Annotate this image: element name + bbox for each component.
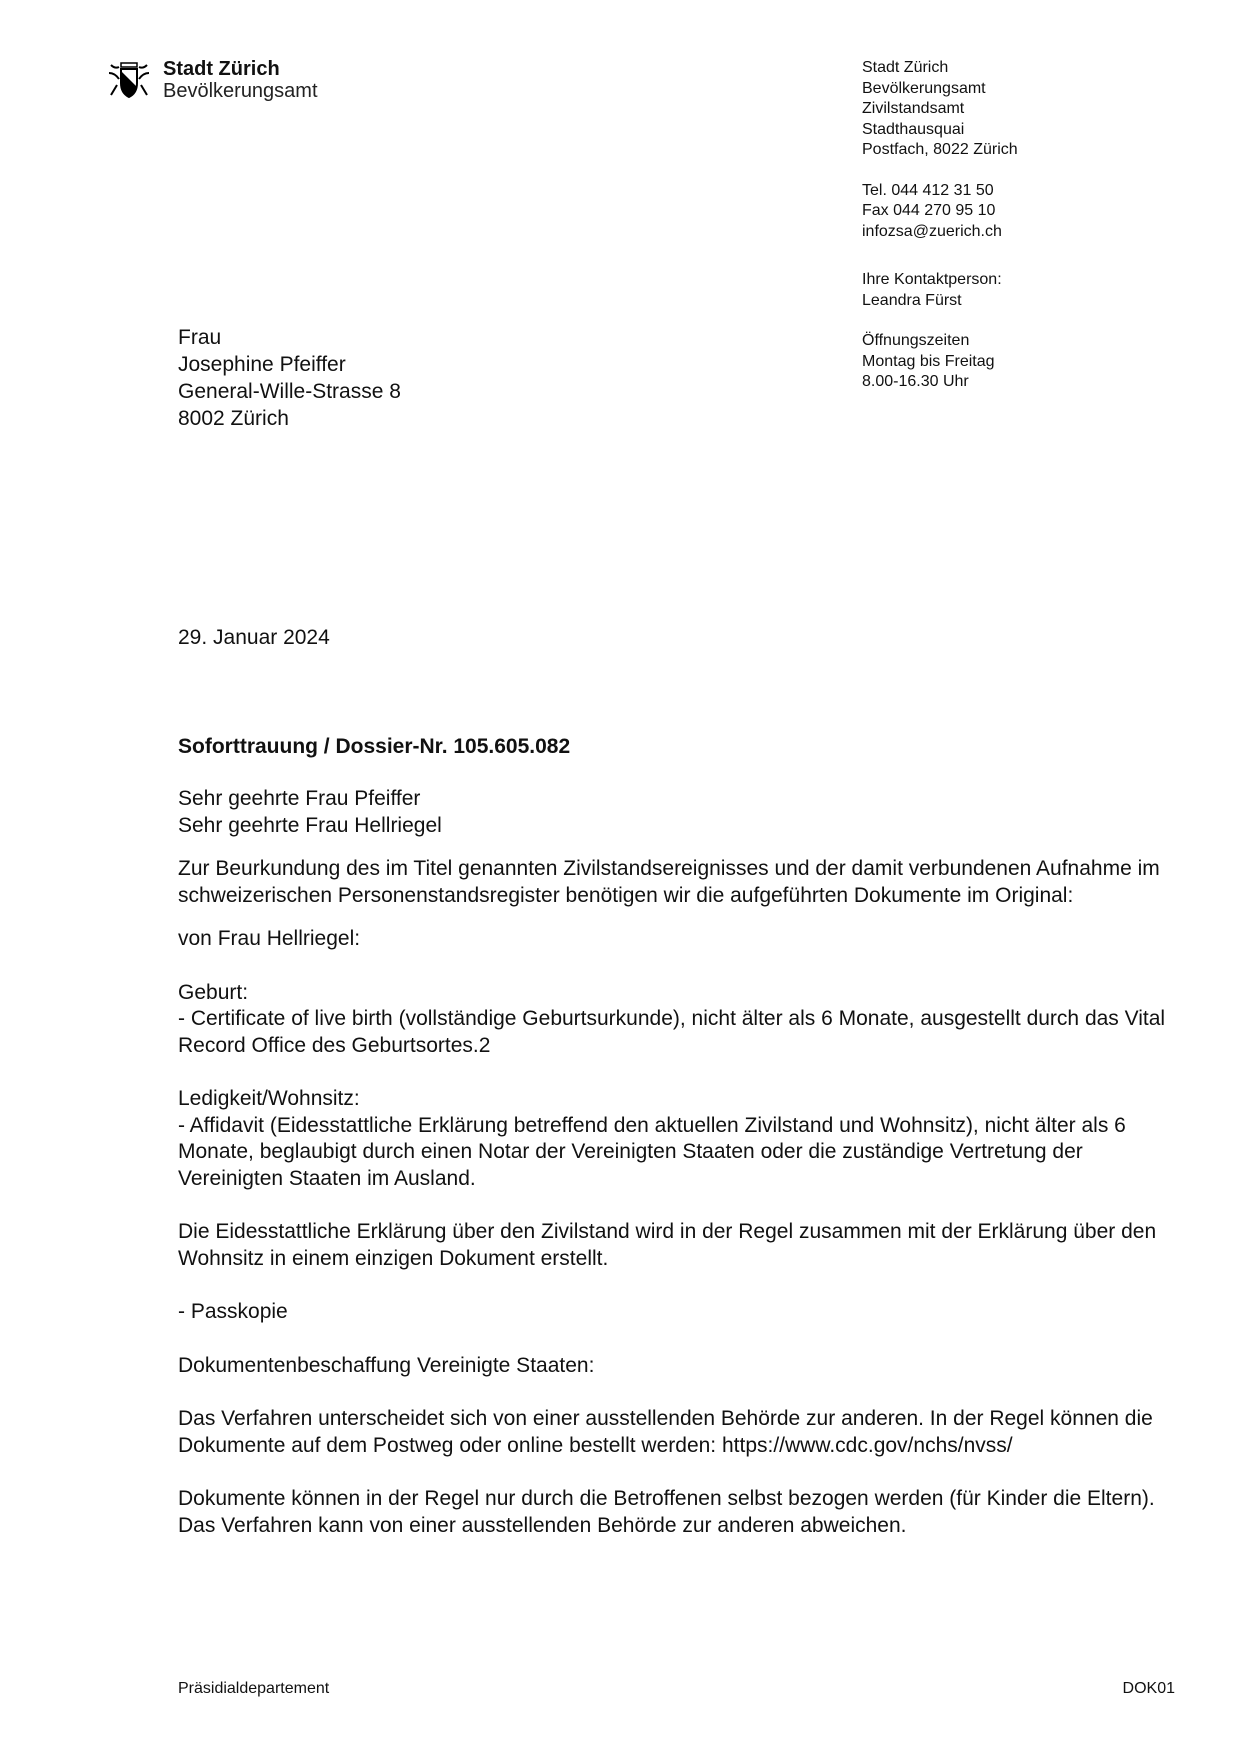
paragraph: Dokumentenbeschaffung Vereinigte Staaten… — [178, 1353, 1178, 1380]
paragraph: - Passkopie — [178, 1299, 1178, 1326]
letter-date: 29. Januar 2024 — [178, 624, 330, 651]
contact-person: Ihre Kontaktperson: Leandra Fürst — [862, 270, 1018, 311]
salutation: Sehr geehrte Frau Pfeiffer Sehr geehrte … — [178, 786, 1178, 839]
paragraph: Das Verfahren unterscheidet sich von ein… — [178, 1406, 1178, 1459]
logo: Stadt Zürich Bevölkerungsamt — [107, 58, 318, 102]
zurich-crest-icon — [107, 59, 151, 101]
letter-subject: Soforttrauung / Dossier-Nr. 105.605.082 — [178, 733, 570, 760]
paragraph: Zur Beurkundung des im Titel genannten Z… — [178, 856, 1178, 909]
sender-contact: Tel. 044 412 31 50 Fax 044 270 95 10 inf… — [862, 181, 1018, 243]
paragraph: Die Eidesstattliche Erklärung über den Z… — [178, 1219, 1178, 1272]
paragraph: von Frau Hellriegel: — [178, 926, 1178, 953]
opening-hours: Öffnungszeiten Montag bis Freitag 8.00-1… — [862, 331, 1018, 393]
sender-block: Stadt Zürich Bevölkerungsamt Zivilstands… — [862, 58, 1018, 413]
letter-body: Sehr geehrte Frau Pfeiffer Sehr geehrte … — [178, 786, 1178, 1556]
footer-code: DOK01 — [1123, 1680, 1175, 1698]
sender-address: Stadt Zürich Bevölkerungsamt Zivilstands… — [862, 58, 1018, 161]
recipient-address: Frau Josephine Pfeiffer General-Wille-St… — [178, 324, 401, 432]
logo-department: Bevölkerungsamt — [163, 80, 318, 102]
paragraph: Ledigkeit/Wohnsitz: - Affidavit (Eidesst… — [178, 1086, 1178, 1192]
paragraph: Geburt: - Certificate of live birth (vol… — [178, 980, 1178, 1060]
paragraph: Dokumente können in der Regel nur durch … — [178, 1486, 1178, 1539]
footer-department: Präsidialdepartement — [178, 1680, 329, 1698]
logo-city: Stadt Zürich — [163, 58, 318, 80]
email-link[interactable]: infozsa@zuerich.ch — [862, 222, 1018, 243]
